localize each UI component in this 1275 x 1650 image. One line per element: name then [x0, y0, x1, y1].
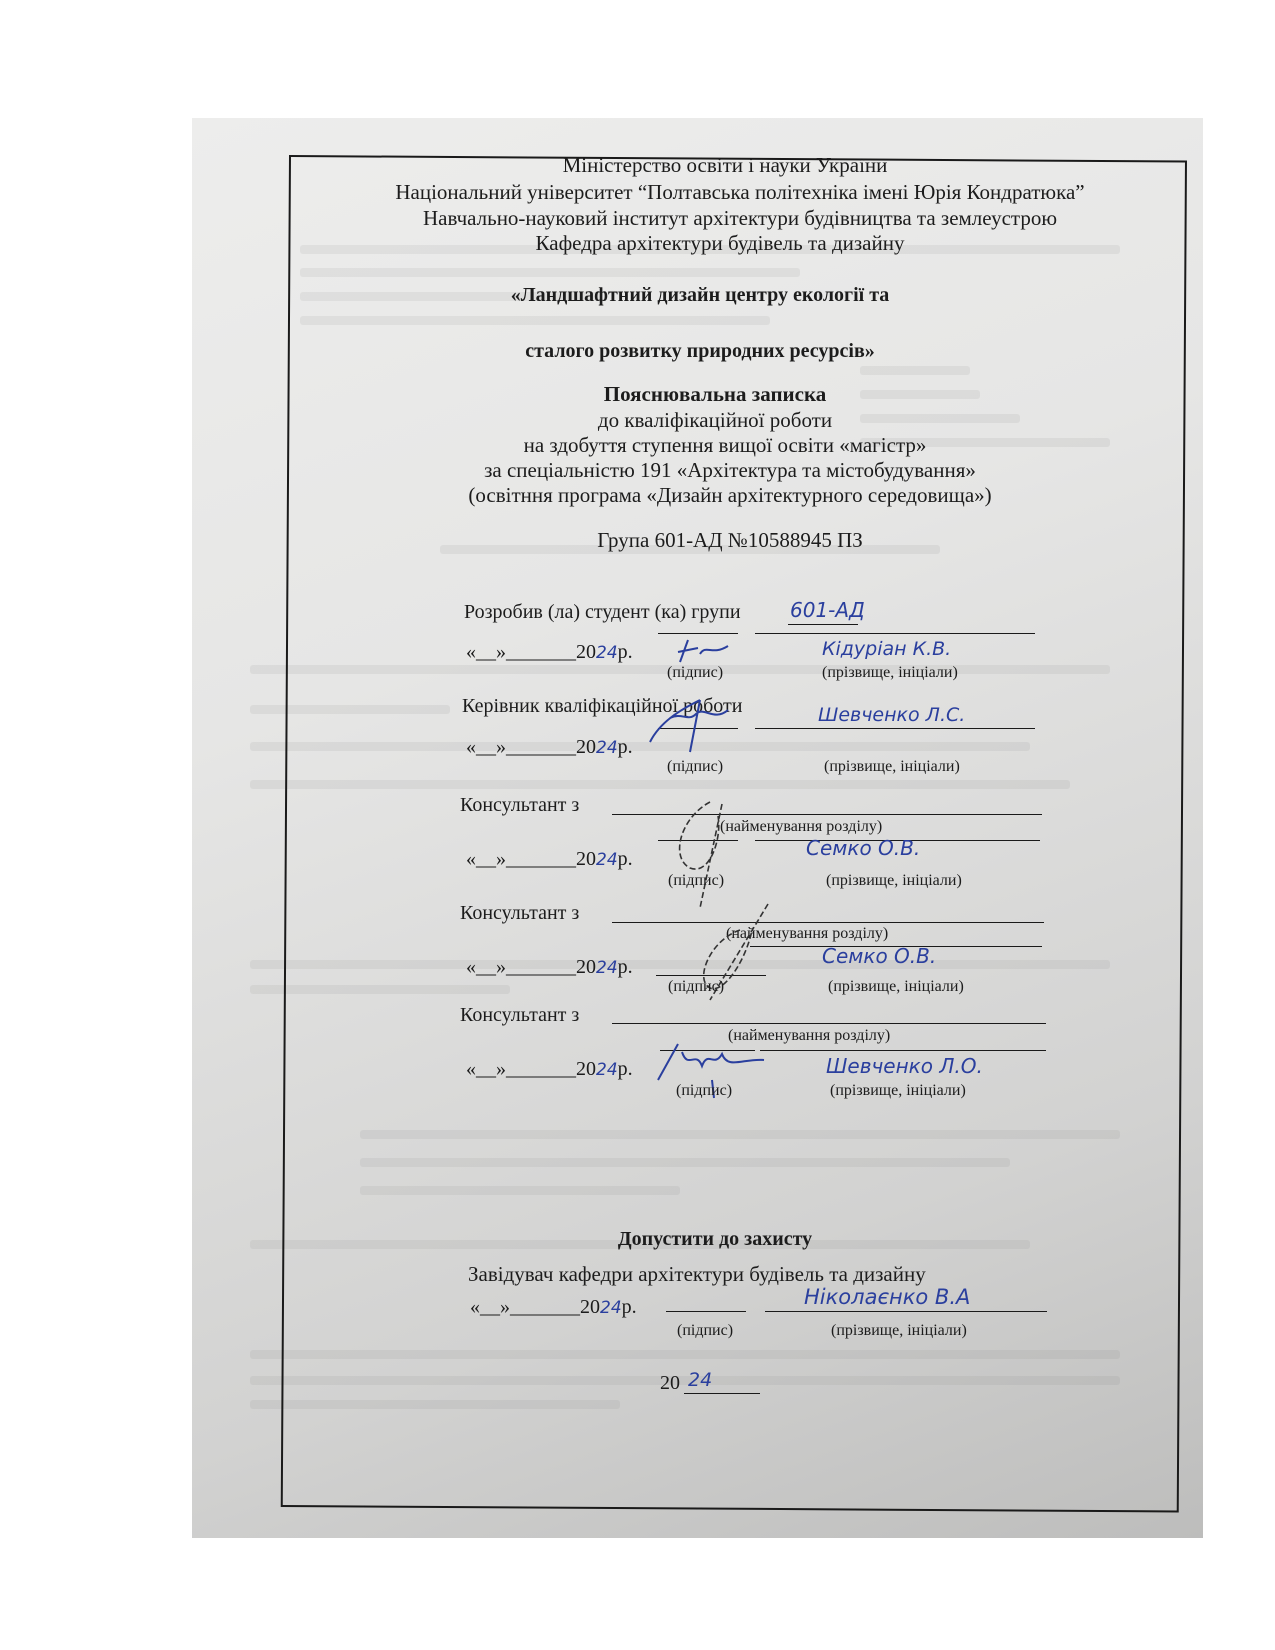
student-label: Розробив (ла) студент (ка) групи: [464, 601, 741, 624]
name-line: [760, 1050, 1046, 1051]
name-caption: (прізвище, ініціали): [831, 1322, 967, 1340]
signature-caption: (підпис): [667, 758, 723, 776]
university-name: Національний університет “Полтавська пол…: [290, 180, 1190, 205]
department-head-label: Завідувач кафедри архітектури будівель т…: [468, 1262, 926, 1287]
department-head-name-handwritten: Ніколаєнко В.А: [804, 1285, 970, 1309]
signature-caption: (підпис): [676, 1082, 732, 1100]
department-name: Кафедра архітектури будівель та дизайну: [290, 231, 1150, 256]
signature-caption: (підпис): [668, 978, 724, 996]
consultant-3-name-handwritten: Шевченко Л.О.: [826, 1054, 983, 1078]
subtitle-line-2: на здобуття ступення вищої освіти «магіс…: [290, 433, 1160, 458]
student-group-handwritten: 601-АД: [790, 598, 865, 622]
group-code: Група 601-АД №10588945 ПЗ: [290, 528, 1170, 553]
signature-caption: (підпис): [668, 872, 724, 890]
name-line: [755, 633, 1035, 634]
signature-line: [666, 1311, 746, 1312]
date-field: «__»_______2024р.: [466, 956, 633, 979]
thesis-title-line-2: сталого розвитку природних ресурсів»: [290, 340, 1110, 363]
subtitle-line-4: (освітння програма «Дизайн архітектурног…: [290, 483, 1170, 508]
name-caption: (прізвище, ініціали): [828, 978, 964, 996]
group-underline: [788, 624, 858, 625]
name-caption: (прізвище, ініціали): [822, 664, 958, 682]
signature-caption: (підпис): [667, 664, 723, 682]
supervisor-name-handwritten: Шевченко Л.С.: [818, 704, 965, 726]
date-field: «__»_______2024р.: [466, 1058, 633, 1081]
consultant-2-name-handwritten: Семко О.В.: [822, 944, 936, 968]
name-caption: (прізвище, ініціали): [830, 1082, 966, 1100]
name-caption: (прізвище, ініціали): [826, 872, 962, 890]
name-line: [755, 728, 1035, 729]
thesis-title-line-1: «Ландшафтний дизайн центру екології та: [290, 284, 1110, 307]
subtitle-line-1: до кваліфікаційної роботи: [290, 408, 1140, 433]
institute-name: Навчально-науковий інститут архітектури …: [290, 206, 1190, 231]
section-name-line: [612, 922, 1044, 923]
name-line: [765, 1311, 1047, 1312]
date-field: «__»_______2024р.: [466, 736, 633, 759]
student-signature: [672, 636, 732, 666]
subtitle-line-3: за спеціальністю 191 «Архітектура та міс…: [290, 458, 1170, 483]
signature-caption: (підпис): [677, 1322, 733, 1340]
approval-heading: Допустити до захисту: [290, 1228, 1140, 1251]
consultant-label: Консультант з: [460, 1004, 579, 1027]
signature-line: [658, 633, 738, 634]
student-name-handwritten: Кідуріан К.В.: [822, 638, 951, 660]
supervisor-signature: [630, 692, 750, 762]
consultant-1-name-handwritten: Семко О.В.: [806, 836, 920, 860]
consultant-label: Консультант з: [460, 902, 579, 925]
consultant-label: Консультант з: [460, 794, 579, 817]
ministry-name: Міністерство освіти і науки України: [290, 153, 1160, 178]
date-field: «__»_______2024р.: [466, 641, 633, 664]
section-name-line: [612, 1023, 1046, 1024]
date-field: «__»_______2024р.: [470, 1296, 637, 1319]
date-field: «__»_______2024р.: [466, 848, 633, 871]
name-caption: (прізвище, ініціали): [824, 758, 960, 776]
document-type: Пояснювальна записка: [290, 382, 1140, 407]
